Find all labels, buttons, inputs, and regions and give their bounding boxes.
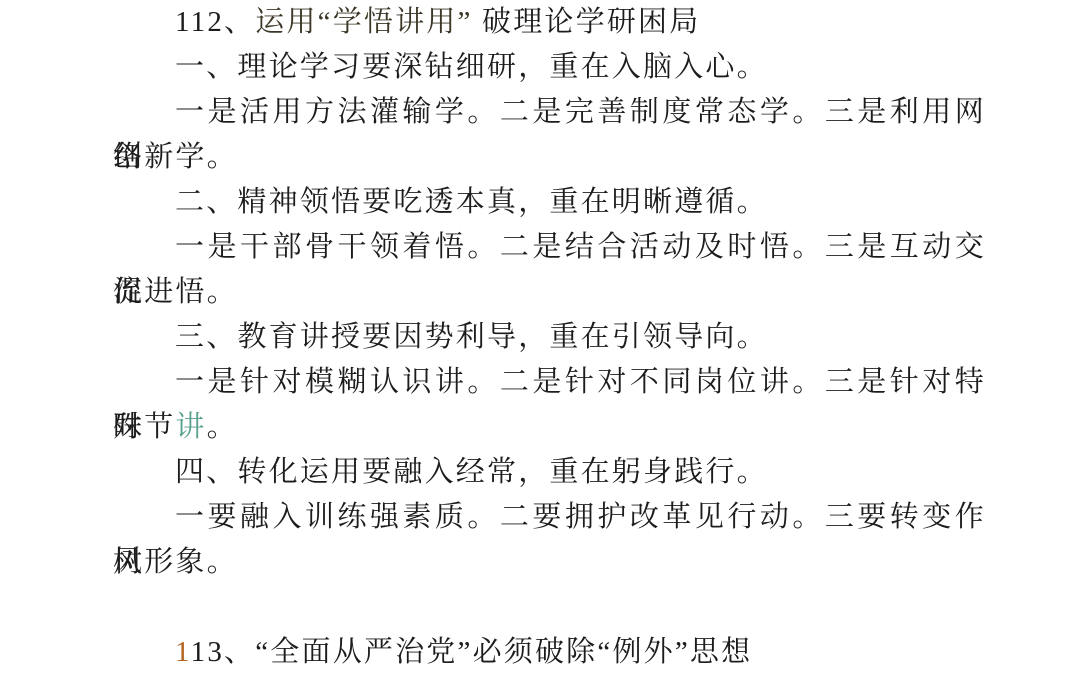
section-1-heading: 一、理论学习要深钻细研，重在入脑入心。: [113, 45, 986, 90]
entry-112-title-rest: 破理论学研困局: [473, 6, 701, 38]
section-4-body-line-2: 树形象。: [113, 540, 986, 585]
entry-112-number: 112、: [175, 6, 255, 38]
section-3-body-line-2-pre: 时节: [113, 411, 175, 443]
document-text-block: 112、运用“学悟讲用” 破理论学研困局 一、理论学习要深钻细研，重在入脑入心。…: [113, 0, 986, 675]
entry-112-title: 112、运用“学悟讲用” 破理论学研困局: [113, 0, 986, 45]
section-2-body-line-2: 促进悟。: [113, 270, 986, 315]
entry-113-number-accent: 1: [175, 636, 191, 668]
section-4-heading: 四、转化运用要融入经常，重在躬身践行。: [113, 450, 986, 495]
section-1-body-line-2: 创新学。: [113, 135, 986, 180]
section-3-body-line-2-accent: 讲: [175, 411, 206, 443]
section-3-body-line-2-post: 。: [207, 411, 238, 443]
entry-113-title-text: “全面从严治党”必须破除“例外”思想: [255, 636, 752, 668]
section-4-body-line-1: 一要融入训练强素质。二要拥护改革见行动。三要转变作风: [113, 495, 986, 540]
section-2-heading: 二、精神领悟要吃透本真，重在明晰遵循。: [113, 180, 986, 225]
blank-line: [113, 585, 986, 630]
entry-113-number-rest: 13、: [191, 636, 255, 668]
section-3-body-line-2: 时节讲。: [113, 405, 986, 450]
section-3-body-line-1: 一是针对模糊认识讲。二是针对不同岗位讲。三是针对特殊: [113, 360, 986, 405]
section-1-body-line-1: 一是活用方法灌输学。二是完善制度常态学。三是利用网络: [113, 90, 986, 135]
section-3-heading: 三、教育讲授要因势利导，重在引领导向。: [113, 315, 986, 360]
entry-112-title-quoted: 运用“学悟讲用”: [255, 6, 472, 38]
section-2-body-line-1: 一是干部骨干领着悟。二是结合活动及时悟。三是互动交流: [113, 225, 986, 270]
entry-113-title: 113、“全面从严治党”必须破除“例外”思想: [113, 630, 986, 675]
